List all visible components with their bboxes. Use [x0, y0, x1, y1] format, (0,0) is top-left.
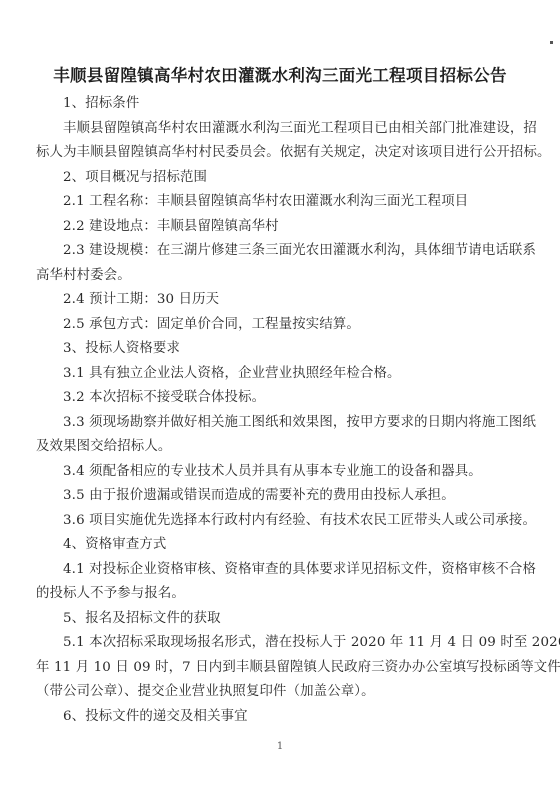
text-line: 3.1 具有独立企业法人资格，企业营业执照经年检合格。: [36, 362, 522, 387]
text-line: （带公司公章）、提交企业营业执照复印件（加盖公章）。: [36, 680, 522, 705]
text-line: 及效果图交给招标人。: [36, 435, 522, 460]
text-line: 4.1 对投标企业资格审核、资格审查的具体要求详见招标文件，资格审核不合格: [36, 558, 522, 583]
page-title: 丰顺县留隍镇高华村农田灌溉水利沟三面光工程项目招标公告: [0, 62, 560, 86]
page-number: 1: [0, 741, 560, 752]
text-line: 3.2 本次招标不接受联合体投标。: [36, 386, 522, 411]
text-line: 2.4 预计工期：30 日历天: [36, 288, 522, 313]
text-line: 标人为丰顺县留隍镇高华村村民委员会。依据有关规定，决定对该项目进行公开招标。: [36, 141, 522, 166]
text-line: 高华村村委会。: [36, 264, 522, 289]
text-line: 2.3 建设规模：在三湖片修建三条三面光农田灌溉水利沟，具体细节请电话联系: [36, 239, 522, 264]
text-line: 的投标人不予参与报名。: [36, 582, 522, 607]
text-line: 5.1 本次招标采取现场报名形式，潜在投标人于 2020 年 11 月 4 日 …: [36, 631, 522, 656]
text-line: 4、资格审查方式: [36, 533, 522, 558]
text-line: 3.4 须配备相应的专业技术人员并具有从事本专业施工的设备和器具。: [36, 460, 522, 485]
text-line: 1、招标条件: [36, 92, 522, 117]
text-line: 2、项目概况与招标范围: [36, 166, 522, 191]
text-line: 3.6 项目实施优先选择本行政村内有经验、有技术农民工匠带头人或公司承接。: [36, 509, 522, 534]
text-line: 3.5 由于报价遗漏或错误而造成的需要补充的费用由投标人承担。: [36, 484, 522, 509]
text-line: 5、报名及招标文件的获取: [36, 607, 522, 632]
text-line: 2.2 建设地点：丰顺县留隍镇高华村: [36, 215, 522, 240]
text-line: 年 11 月 10 日 09 时，7 日内到丰顺县留隍镇人民政府三资办办公室填写…: [36, 656, 522, 681]
scan-mark: [550, 41, 553, 44]
text-line: 3、投标人资格要求: [36, 337, 522, 362]
text-line: 6、投标文件的递交及相关事宜: [36, 705, 522, 730]
text-line: 2.1 工程名称：丰顺县留隍镇高华村农田灌溉水利沟三面光工程项目: [36, 190, 522, 215]
document-page: 丰顺县留隍镇高华村农田灌溉水利沟三面光工程项目招标公告 1、招标条件丰顺县留隍镇…: [0, 0, 560, 800]
document-body: 1、招标条件丰顺县留隍镇高华村农田灌溉水利沟三面光工程项目已由相关部门批准建设，…: [36, 92, 522, 729]
text-line: 2.5 承包方式：固定单价合同，工程量按实结算。: [36, 313, 522, 338]
text-line: 丰顺县留隍镇高华村农田灌溉水利沟三面光工程项目已由相关部门批准建设，招: [36, 117, 522, 142]
text-line: 3.3 须现场勘察并做好相关施工图纸和效果图，按甲方要求的日期内将施工图纸: [36, 411, 522, 436]
